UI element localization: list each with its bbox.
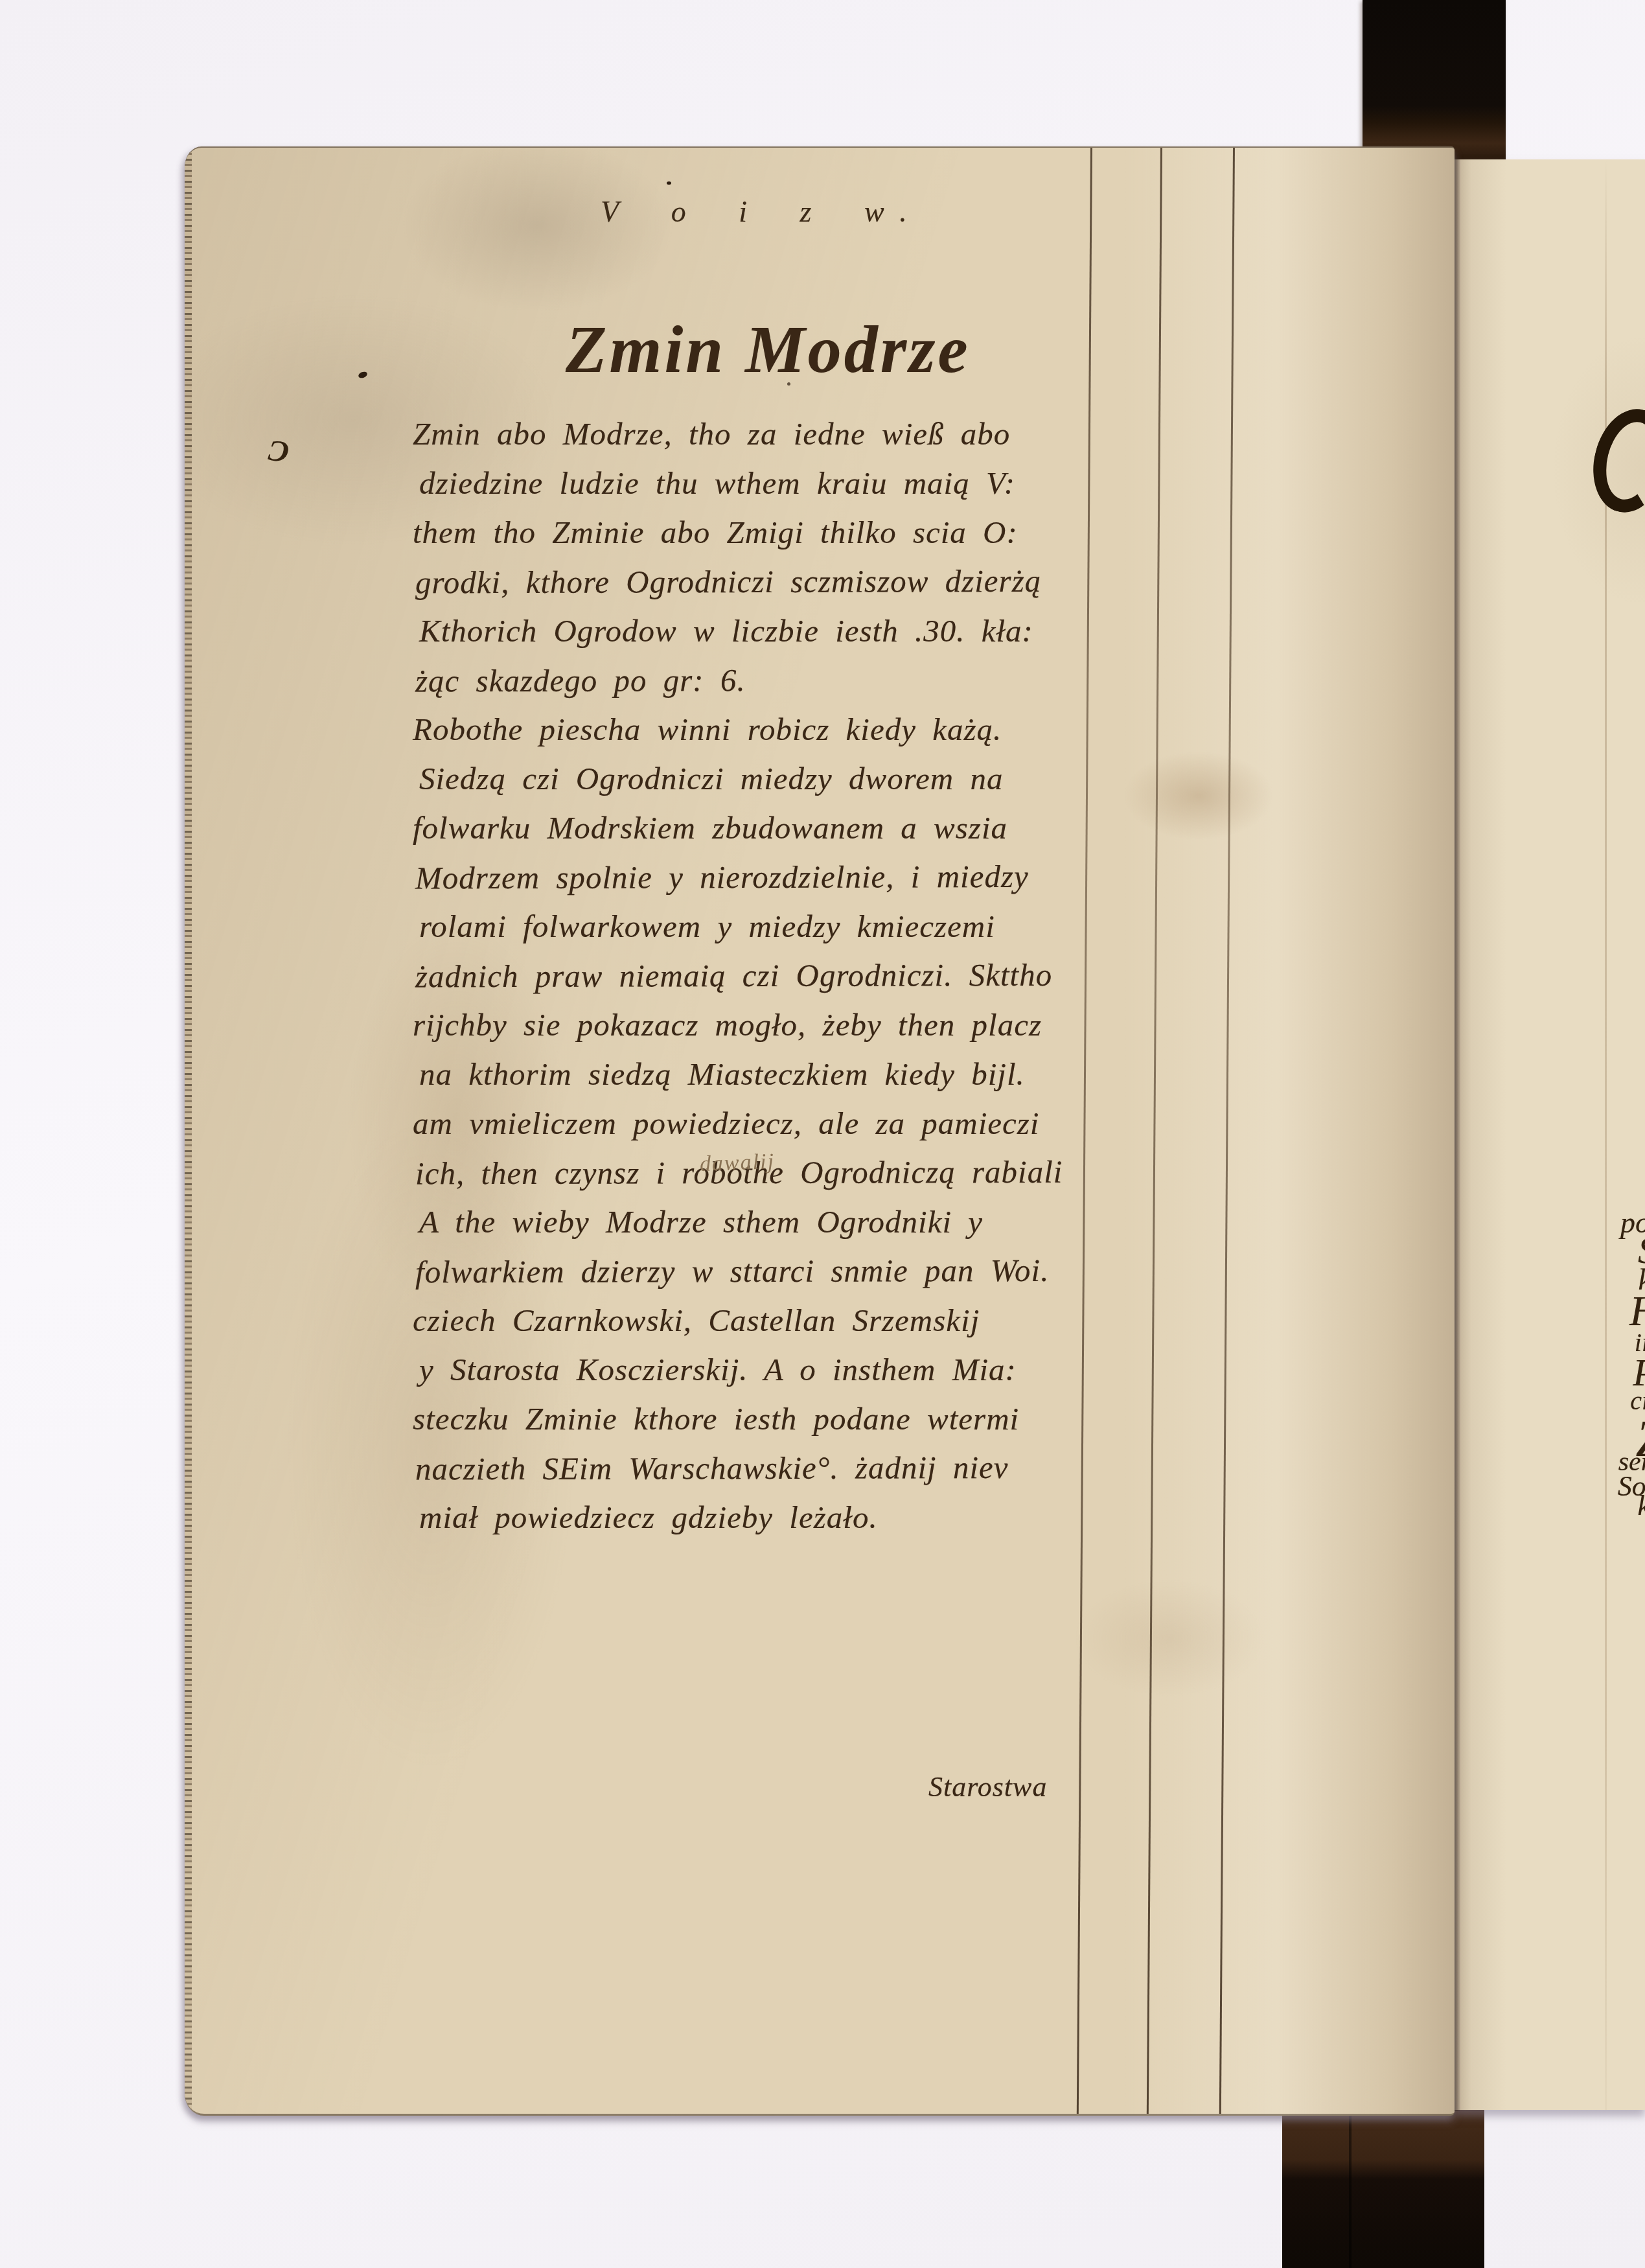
manuscript-line: żadnich praw niemaią czi Ogrodniczi. Skt… (415, 951, 1109, 1002)
catchword: Starostwa (928, 1770, 1047, 1803)
facing-page-edge: poSkHiiPciZserSolk (1455, 159, 1645, 2110)
marginal-mark: Ɔ (266, 433, 291, 470)
binding-strip-bottom (1282, 2109, 1484, 2268)
margin-rule-line-3 (1219, 148, 1235, 2114)
manuscript-line: cziech Czarnkowski, Castellan Srzemskij (413, 1296, 1106, 1345)
manuscript-line: folwarkiem dzierzy w sttarci snmie pan W… (415, 1246, 1109, 1297)
manuscript-line: A the wieby Modrze sthem Ogrodniki y (419, 1198, 1112, 1247)
manuscript-scan: poSkHiiPciZserSolk V o i z w. Ɔ Zmin Mod… (0, 0, 1645, 2268)
manuscript-line: rolami folwarkowem y miedzy kmieczemi (419, 902, 1112, 951)
page-title: Zmin Modrze (566, 311, 971, 388)
manuscript-line: them tho Zminie abo Zmigi thilko scia O: (413, 508, 1106, 557)
binding-strip-top (1363, 0, 1506, 170)
manuscript-line: steczku Zminie kthore iesth podane wterm… (413, 1394, 1106, 1444)
margin-rule-line-2 (1147, 148, 1162, 2114)
manuscript-line: Kthorich Ogrodow w liczbie iesth .30. kł… (419, 607, 1112, 656)
ink-speck (667, 181, 671, 185)
manuscript-line: grodki, kthore Ogrodniczi sczmiszow dzie… (415, 557, 1109, 608)
manuscript-line: Siedzą czi Ogrodniczi miedzy dworem na (419, 754, 1112, 804)
manuscript-line: miał powiedziecz gdzieby leżało. (419, 1493, 1112, 1542)
manuscript-line: na kthorim siedzą Miasteczkiem kiedy bij… (419, 1050, 1112, 1099)
running-header: V o i z w. (601, 194, 925, 229)
manuscript-line: Modrzem spolnie y nierozdzielnie, i mied… (415, 852, 1109, 903)
binding-seam (1349, 2109, 1352, 2268)
manuscript-line: naczieth SEim Warschawskie°. żadnij niev (415, 1443, 1109, 1494)
manuscript-line: y Starosta Kosczierskij. A o insthem Mia… (419, 1345, 1112, 1394)
manuscript-line: Robothe piescha winni robicz kiedy każą. (413, 705, 1106, 754)
clipped-text-fragment: k (1637, 1489, 1645, 1522)
manuscript-line: żąc skazdego po gr: 6. (415, 655, 1109, 706)
manuscript-line: dziedzine ludzie thu wthem kraiu maią V: (419, 459, 1112, 508)
manuscript-body: Zmin abo Modrze, tho za iedne wieß abodz… (413, 410, 1106, 1542)
manuscript-line: am vmieliczem powiedziecz, ale za pamiec… (413, 1099, 1106, 1148)
manuscript-page: V o i z w. Ɔ Zmin Modrze Zmin abo Modrze… (185, 146, 1455, 2116)
interlinear-insertion: dawalij (699, 1150, 775, 1177)
page-deckle-edge (185, 148, 192, 2114)
manuscript-line: rijchby sie pokazacz mogło, żeby then pl… (413, 1001, 1106, 1050)
manuscript-line: folwarku Modrskiem zbudowanem a wszia (413, 804, 1106, 853)
clipped-initial-letter (1583, 401, 1645, 520)
manuscript-line: Zmin abo Modrze, tho za iedne wieß abo (413, 410, 1106, 459)
ink-speck (358, 371, 368, 379)
